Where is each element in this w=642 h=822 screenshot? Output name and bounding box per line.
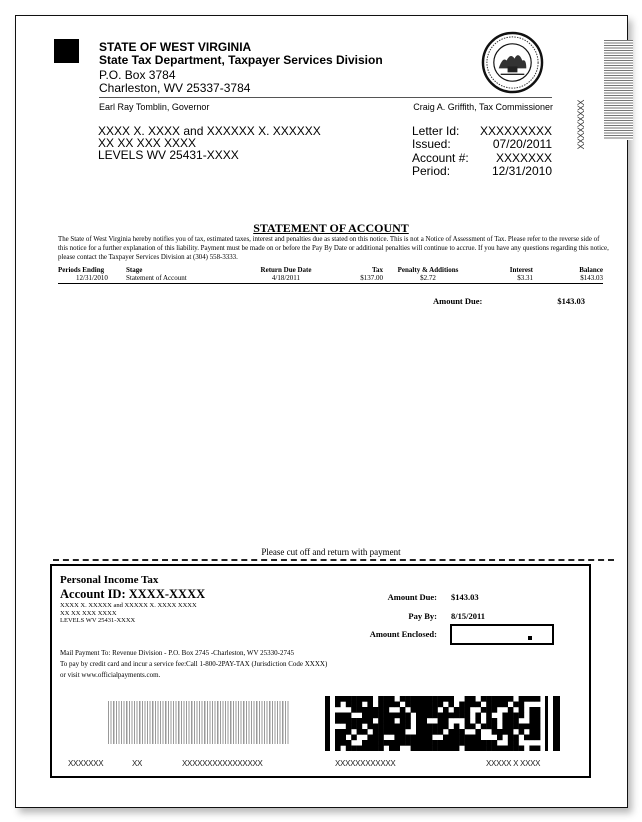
amount-due-label: Amount Due: bbox=[433, 296, 482, 306]
header-city: Charleston, WV 25337-3784 bbox=[99, 82, 250, 95]
cut-instruction: Please cut off and return with payment bbox=[16, 547, 642, 557]
col-stage: Stage bbox=[126, 266, 251, 274]
tax-notice-page: STATE OF WEST VIRGINIA State Tax Departm… bbox=[15, 15, 628, 808]
stub-address-city: LEVELS WV 25431-XXXX bbox=[60, 617, 135, 625]
stub-amount-due-label: Amount Due: bbox=[388, 592, 437, 602]
stub-amount-due-value: $143.03 bbox=[451, 592, 479, 602]
period-value: 12/31/2010 bbox=[492, 165, 552, 177]
linear-barcode bbox=[108, 701, 289, 744]
vertical-barcode bbox=[604, 40, 633, 140]
table-row: 12/31/2010 Statement of Account 4/18/201… bbox=[58, 274, 603, 284]
recipient-city: LEVELS WV 25431-XXXX bbox=[98, 149, 239, 161]
letter-id-value: XXXXXXXXX bbox=[480, 125, 552, 137]
col-interest: Interest bbox=[473, 266, 533, 274]
stub-address-street: XX XX XXX XXXX bbox=[60, 610, 117, 618]
governor-name: Earl Ray Tomblin, Governor bbox=[99, 102, 209, 112]
decimal-point-marker bbox=[528, 636, 532, 640]
statement-body: The State of West Virginia hereby notifi… bbox=[58, 235, 610, 262]
header-department: State Tax Department, Taxpayer Services … bbox=[99, 54, 383, 67]
account-number-value: XXXXXXX bbox=[496, 152, 552, 164]
stub-pay-by-value: 8/15/2011 bbox=[451, 611, 485, 621]
statement-table: Periods Ending Stage Return Due Date Tax… bbox=[58, 266, 603, 284]
period-label: Period: bbox=[412, 165, 450, 177]
cut-line bbox=[53, 559, 614, 561]
2d-barcode bbox=[325, 696, 560, 751]
footer-code-2: XX bbox=[132, 759, 142, 768]
registration-mark bbox=[54, 39, 79, 63]
mail-payment-instructions: Mail Payment To: Revenue Division - P.O.… bbox=[60, 648, 294, 659]
footer-code-1: XXXXXXX bbox=[68, 759, 103, 768]
col-balance: Balance bbox=[533, 266, 603, 274]
col-tax: Tax bbox=[321, 266, 383, 274]
header-divider bbox=[99, 97, 552, 98]
col-periods-ending: Periods Ending bbox=[58, 266, 126, 274]
credit-card-instructions: To pay by credit card and incur a servic… bbox=[60, 659, 327, 670]
website-instructions: or visit www.officialpayments.com. bbox=[60, 670, 160, 681]
amount-due-value: $143.03 bbox=[557, 296, 585, 306]
col-return-due-date: Return Due Date bbox=[251, 266, 321, 274]
vertical-barcode-text: XXXXXXXXX bbox=[576, 100, 586, 150]
amount-enclosed-field[interactable] bbox=[450, 624, 554, 645]
footer-code-3: XXXXXXXXXXXXXXXX bbox=[182, 759, 263, 768]
issued-label: Issued: bbox=[412, 138, 451, 150]
footer-code-5: XXXXX X XXXX bbox=[486, 759, 540, 768]
col-penalty: Penalty & Additions bbox=[383, 266, 473, 274]
stub-address-name: XXXX X. XXXXX and XXXXX X. XXXX XXXX bbox=[60, 602, 197, 610]
state-seal-icon bbox=[481, 31, 544, 94]
letter-id-label: Letter Id: bbox=[412, 125, 459, 137]
statement-title: STATEMENT OF ACCOUNT bbox=[16, 221, 642, 236]
stub-account-id: Account ID: XXXX-XXXX bbox=[60, 587, 205, 602]
account-number-label: Account #: bbox=[412, 152, 469, 164]
stub-pay-by-label: Pay By: bbox=[408, 611, 437, 621]
footer-code-4: XXXXXXXXXXXX bbox=[335, 759, 395, 768]
commissioner-name: Craig A. Griffith, Tax Commissioner bbox=[413, 102, 553, 112]
stub-tax-type: Personal Income Tax bbox=[60, 574, 158, 586]
issued-value: 07/20/2011 bbox=[493, 138, 552, 150]
payment-stub: Personal Income Tax Account ID: XXXX-XXX… bbox=[50, 564, 591, 778]
stub-amount-enclosed-label: Amount Enclosed: bbox=[370, 629, 437, 639]
